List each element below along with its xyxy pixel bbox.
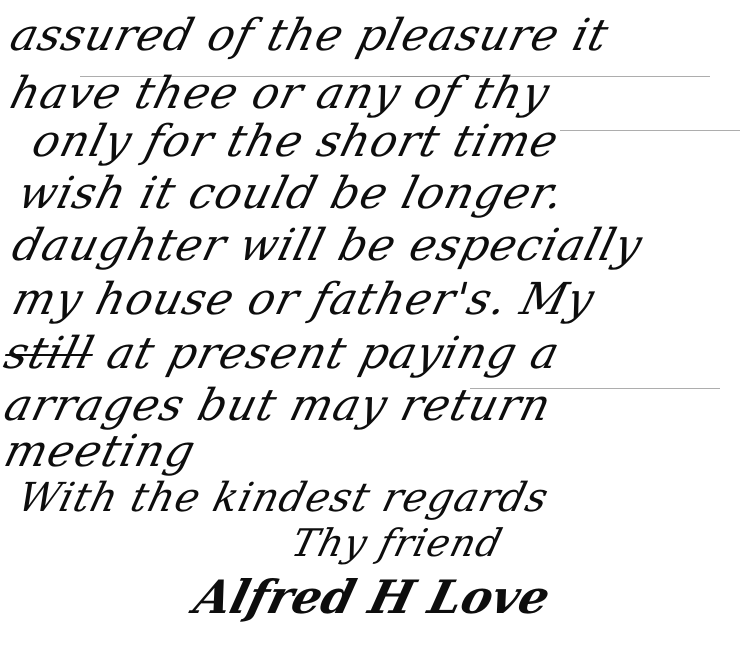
- letter-line-3: only for the short time: [28, 120, 563, 164]
- cropped-top-line: [60, 0, 580, 6]
- letter-line-7: still at present paying a: [0, 332, 564, 376]
- struck-word: still: [0, 328, 99, 379]
- closing-valediction: Thy friend: [288, 524, 507, 562]
- letter-page: assured of the pleasure it have thee or …: [0, 0, 748, 664]
- letter-line-1: assured of the pleasure it: [6, 14, 613, 58]
- letter-line-4: wish it could be longer.: [14, 172, 569, 216]
- letter-line-2: have thee or any of thy: [6, 72, 554, 116]
- signature: Alfred H Love: [190, 574, 555, 620]
- closing-salutation: With the kindest regards: [14, 478, 553, 518]
- letter-line-5: daughter will be especially: [8, 224, 647, 268]
- letter-line-6: my house or father's. My: [8, 278, 599, 322]
- letter-line-7-rest: at present paying a: [102, 328, 566, 379]
- letter-line-9: meeting: [0, 430, 200, 474]
- ruled-line: [560, 130, 740, 131]
- letter-line-8: arrages but may return: [0, 384, 556, 428]
